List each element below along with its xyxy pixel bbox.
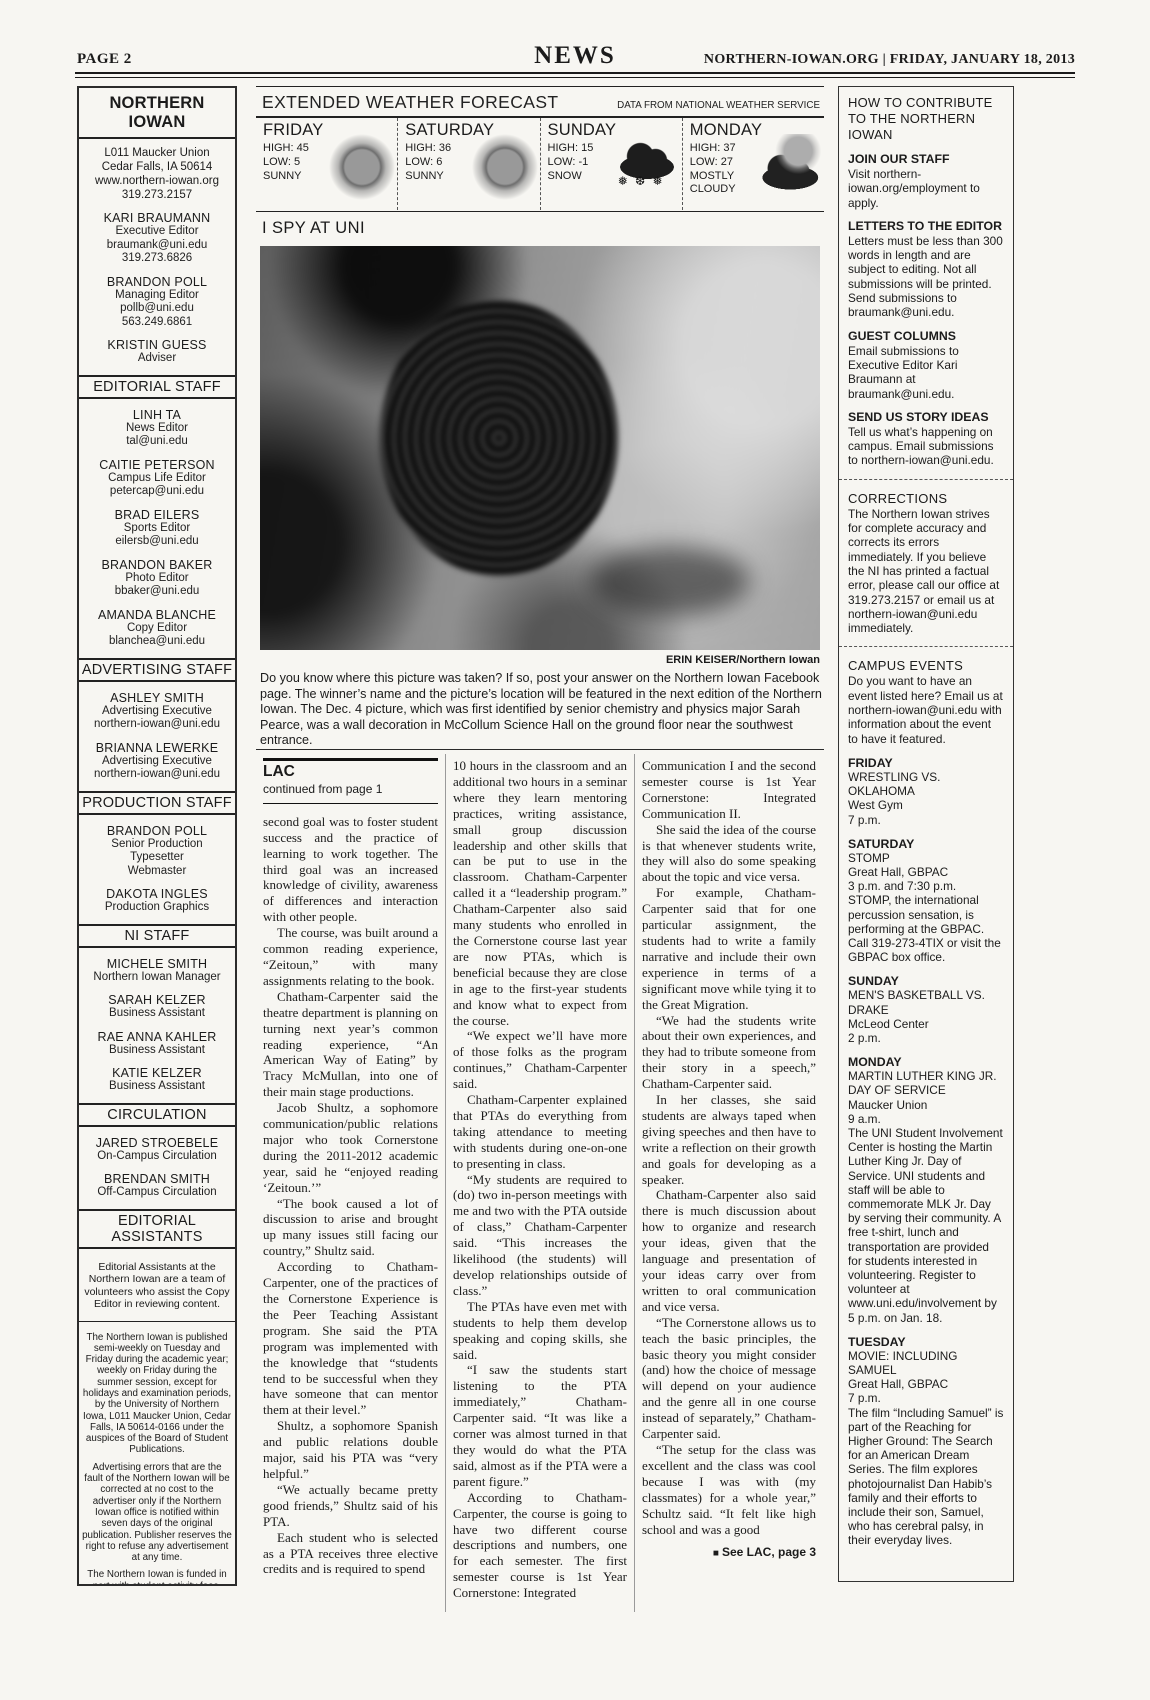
production-people: BRANDON POLL Senior Production Typesette… [79,824,235,915]
weather-high: HIGH: 37 [690,142,762,156]
article-paragraph: “My students are required to (do) two in… [453,1172,627,1299]
contribute-block: GUEST COLUMNS Email submissions to Execu… [848,329,1004,401]
weather-day-stats: HIGH: 36 LOW: 6 SUNNY [405,142,477,183]
staff-name: DAKOTA INGLES [81,887,233,901]
contribute-block-header: JOIN OUR STAFF [848,152,1004,167]
event-day: FRIDAY [848,756,1004,770]
staff-role: Northern Iowan Manager [81,971,233,985]
dashed-divider [839,646,1013,647]
article-paragraph: Communication I and the second semester … [642,758,816,822]
masthead-contact: L011 Maucker Union Cedar Falls, IA 50614… [81,146,233,202]
masthead-section-editorial: EDITORIAL STAFF [79,375,235,399]
staff-role: Executive Editor braumank@uni.edu 319.27… [81,225,233,266]
staff-role: News Editor tal@uni.edu [81,422,233,449]
staff-role: Production Graphics [81,901,233,915]
article-paragraph: According to Chatham-Carpenter, the cour… [453,1490,627,1601]
staff-role: Copy Editor blanchea@uni.edu [81,622,233,649]
campus-events-header: CAMPUS EVENTS [848,658,1004,673]
staff-role: Senior Production Typesetter Webmaster [81,838,233,879]
masthead-section-production: PRODUCTION STAFF [79,791,235,815]
staff-member: BRAD EILERS Sports Editor eilersb@uni.ed… [81,508,233,549]
article-paragraph: 10 hours in the classroom and an additio… [453,758,627,1028]
staff-member: KATIE KELZER Business Assistant [81,1066,233,1094]
article-paragraph: She said the idea of the course is that … [642,822,816,886]
campus-event: SATURDAY STOMP Great Hall, GBPAC 3 p.m. … [848,837,1004,965]
staff-name: MICHELE SMITH [81,957,233,971]
staff-role: Advertising Executive northern-iowan@uni… [81,705,233,732]
event-details: MOVIE: INCLUDING SAMUEL Great Hall, GBPA… [848,1349,1004,1548]
article-paragraph: According to Chatham-Carpenter, one of t… [263,1259,438,1418]
contribute-block-body: Visit northern-iowan.org/employment to a… [848,167,1004,210]
weather-day: FRIDAY HIGH: 45 LOW: 5 SUNNY [256,118,397,210]
article-kicker: LAC continued from page 1 [263,758,438,804]
staff-name: CAITIE PETERSON [81,458,233,472]
staff-member: RAE ANNA KAHLER Business Assistant [81,1030,233,1058]
staff-member: JARED STROEBELE On-Campus Circulation [81,1136,233,1164]
article-paragraph: “We actually became pretty good friends,… [263,1482,438,1530]
staff-member: MICHELE SMITH Northern Iowan Manager [81,957,233,985]
jump-text: See LAC, page 3 [722,1545,816,1559]
masthead-section-ni-staff: NI STAFF [79,924,235,948]
photo-credit: ERIN KEISER/Northern Iowan [260,654,820,666]
staff-member: BRANDON BAKER Photo Editor bbaker@uni.ed… [81,558,233,599]
newspaper-page: PAGE 2 NEWS NORTHERN-IOWAN.ORG | FRIDAY,… [0,0,1150,1700]
staff-name: BRANDON POLL [81,275,233,289]
article-paragraph: Chatham-Carpenter said the theatre depar… [263,989,438,1100]
article-paragraph: second goal was to foster student succes… [263,814,438,925]
weather-days: FRIDAY HIGH: 45 LOW: 5 SUNNY SATURDAY HI… [256,118,824,210]
corrections-header: CORRECTIONS [848,491,1004,506]
article-paragraph: For example, Chatham-Carpenter said that… [642,885,816,1012]
campus-events-intro: Do you want to have an event listed here… [848,674,1004,745]
weather-source: DATA FROM NATIONAL WEATHER SERVICE [617,100,820,111]
weather-condition: SNOW [548,170,620,184]
staff-role: Business Assistant [81,1007,233,1021]
ispy-heading: I SPY AT UNI [262,219,365,238]
staff-name: BRANDON BAKER [81,558,233,572]
column-2-paragraphs: 10 hours in the classroom and an additio… [453,758,627,1601]
weather-day-stats: HIGH: 15 LOW: -1 SNOW [548,142,620,183]
staff-role: Business Assistant [81,1080,233,1094]
campus-event: MONDAY MARTIN LUTHER KING JR. DAY OF SER… [848,1055,1004,1325]
section-title: NEWS [534,42,616,70]
campus-event: TUESDAY MOVIE: INCLUDING SAMUEL Great Ha… [848,1335,1004,1548]
masthead-section-editorial-assistants: EDITORIAL ASSISTANTS [79,1209,235,1249]
event-details: WRESTLING VS. OKLAHOMA West Gym 7 p.m. [848,770,1004,827]
article-paragraph: The PTAs have even met with students to … [453,1299,627,1363]
jump-line: ■See LAC, page 3 [642,1545,816,1562]
legal-paragraph: The Northern Iowan is published semi-wee… [82,1332,232,1456]
staff-role: Photo Editor bbaker@uni.edu [81,572,233,599]
article-divider [256,749,824,750]
article-paragraph: In her classes, she said students are al… [642,1092,816,1187]
weather-icon [329,134,395,200]
article-paragraph: “I saw the students start listening to t… [453,1362,627,1489]
staff-member: KARI BRAUMANN Executive Editor braumank@… [81,211,233,266]
lac-article: LAC continued from page 1 second goal wa… [256,754,824,1612]
contribute-block-header: LETTERS TO THE EDITOR [848,219,1004,234]
weather-high: HIGH: 15 [548,142,620,156]
contribute-block: LETTERS TO THE EDITOR Letters must be le… [848,219,1004,320]
contribute-block-body: Email submissions to Executive Editor Ka… [848,344,1004,401]
article-column-3: Communication I and the second semester … [634,754,823,1612]
event-details: MARTIN LUTHER KING JR. DAY OF SERVICE Ma… [848,1069,1004,1325]
staff-role: Campus Life Editor petercap@uni.edu [81,472,233,499]
editorial-assistants-note: Editorial Assistants at the Northern Iow… [83,1261,231,1311]
staff-role: Sports Editor eilersb@uni.edu [81,522,233,549]
site-and-date: NORTHERN-IOWAN.ORG | FRIDAY, JANUARY 18,… [704,52,1075,68]
contribute-block: SEND US STORY IDEAS Tell us what’s happe… [848,410,1004,468]
staff-member: DAKOTA INGLES Production Graphics [81,887,233,915]
weather-day-stats: HIGH: 37 LOW: 27 MOSTLY CLOUDY [690,142,762,197]
staff-name: AMANDA BLANCHE [81,608,233,622]
contribute-block: JOIN OUR STAFF Visit northern-iowan.org/… [848,152,1004,210]
ispy-photo [260,246,820,650]
dashed-divider [839,479,1013,480]
article-paragraph: “We expect we’ll have more of those folk… [453,1028,627,1092]
weather-icon [756,134,822,200]
photo-caption: Do you know where this picture was taken… [260,671,823,749]
weather-forecast: EXTENDED WEATHER FORECAST DATA FROM NATI… [256,86,824,212]
staff-role: Adviser [81,352,233,366]
column-1-paragraphs: second goal was to foster student succes… [263,814,438,1578]
article-paragraph: “The book caused a lot of discussion to … [263,1196,438,1260]
staff-member: BRENDAN SMITH Off-Campus Circulation [81,1172,233,1200]
staff-name: BRENDAN SMITH [81,1172,233,1186]
advertising-people: ASHLEY SMITH Advertising Executive north… [79,691,235,782]
article-paragraph: Shultz, a sophomore Spanish and public r… [263,1418,438,1482]
staff-member: BRANDON POLL Senior Production Typesette… [81,824,233,879]
corrections-body: The Northern Iowan strives for complete … [848,507,1004,636]
weather-condition: MOSTLY CLOUDY [690,170,762,198]
weather-condition: SUNNY [405,170,477,184]
staff-member: BRIANNA LEWERKE Advertising Executive no… [81,741,233,782]
weather-day: MONDAY HIGH: 37 LOW: 27 MOSTLY CLOUDY [682,118,824,210]
article-paragraph: “The Cornerstone allows us to teach the … [642,1315,816,1442]
staff-role: Advertising Executive northern-iowan@uni… [81,755,233,782]
masthead-top-people: KARI BRAUMANN Executive Editor braumank@… [79,211,235,366]
staff-member: LINH TA News Editor tal@uni.edu [81,408,233,449]
weather-day: SATURDAY HIGH: 36 LOW: 6 SUNNY [397,118,539,210]
staff-member: ASHLEY SMITH Advertising Executive north… [81,691,233,732]
event-day: SATURDAY [848,837,1004,851]
campus-event: SUNDAY MEN'S BASKETBALL VS. DRAKE McLeod… [848,974,1004,1045]
event-day: SUNDAY [848,974,1004,988]
staff-member: CAITIE PETERSON Campus Life Editor peter… [81,458,233,499]
column-3-paragraphs: Communication I and the second semester … [642,758,816,1537]
campus-events-list: FRIDAY WRESTLING VS. OKLAHOMA West Gym 7… [848,756,1004,1548]
masthead-section-circulation: CIRCULATION [79,1103,235,1127]
weather-icon [472,134,538,200]
publication-legal: The Northern Iowan is published semi-wee… [79,1321,235,1587]
staff-name: ASHLEY SMITH [81,691,233,705]
staff-name: KARI BRAUMANN [81,211,233,225]
article-column-2: 10 hours in the classroom and an additio… [445,754,634,1612]
event-day: TUESDAY [848,1335,1004,1349]
masthead-title: NORTHERN IOWAN [79,88,235,139]
event-details: MEN'S BASKETBALL VS. DRAKE McLeod Center… [848,988,1004,1045]
article-paragraph: The course, was built around a common re… [263,925,438,989]
article-paragraph: “We had the students write about their o… [642,1013,816,1093]
staff-name: BRIANNA LEWERKE [81,741,233,755]
event-details: STOMP Great Hall, GBPAC 3 p.m. and 7:30 … [848,851,1004,965]
staff-member: KRISTIN GUESS Adviser [81,338,233,366]
staff-name: KATIE KELZER [81,1066,233,1080]
event-day: MONDAY [848,1055,1004,1069]
ni-staff-people: MICHELE SMITH Northern Iowan Manager SAR… [79,957,235,1094]
staff-member: BRANDON POLL Managing Editor pollb@uni.e… [81,275,233,330]
weather-low: LOW: 6 [405,156,477,170]
contribute-blocks: JOIN OUR STAFF Visit northern-iowan.org/… [848,152,1004,468]
ispy-photo-coil [380,300,618,576]
article-kicker-title: LAC [263,764,438,780]
staff-name: JARED STROEBELE [81,1136,233,1150]
staff-name: BRAD EILERS [81,508,233,522]
staff-name: BRANDON POLL [81,824,233,838]
staff-name: LINH TA [81,408,233,422]
info-sidebar: HOW TO CONTRIBUTE TO THE NORTHERN IOWAN … [838,86,1014,1582]
article-paragraph: “The setup for the class was excellent a… [642,1442,816,1537]
staff-role: Business Assistant [81,1044,233,1058]
circulation-people: JARED STROEBELE On-Campus Circulation BR… [79,1136,235,1200]
page-header: PAGE 2 NEWS NORTHERN-IOWAN.ORG | FRIDAY,… [75,42,1075,68]
article-paragraph: Each student who is selected as a PTA re… [263,1530,438,1578]
masthead-sidebar: NORTHERN IOWAN L011 Maucker Union Cedar … [77,86,237,1586]
legal-paragraph: Advertising errors that are the fault of… [82,1462,232,1564]
masthead-section-advertising: ADVERTISING STAFF [79,658,235,682]
article-paragraph: Jacob Shultz, a sophomore communication/… [263,1100,438,1195]
weather-low: LOW: 5 [263,156,335,170]
weather-icon [614,134,680,200]
weather-header: EXTENDED WEATHER FORECAST DATA FROM NATI… [256,87,824,118]
staff-name: KRISTIN GUESS [81,338,233,352]
legal-paragraph: The Northern Iowan is funded in part wit… [82,1569,232,1586]
contribute-block-body: Letters must be less than 300 words in l… [848,234,1004,320]
article-continued-note: continued from page 1 [263,782,438,798]
editorial-people: LINH TA News Editor tal@uni.edu CAITIE P… [79,408,235,649]
contribute-block-header: SEND US STORY IDEAS [848,410,1004,425]
weather-high: HIGH: 45 [263,142,335,156]
weather-day: SUNDAY HIGH: 15 LOW: -1 SNOW [540,118,682,210]
weather-condition: SUNNY [263,170,335,184]
article-paragraph: Chatham-Carpenter explained that PTAs do… [453,1092,627,1172]
article-column-1: LAC continued from page 1 second goal wa… [256,754,445,1612]
header-rule [75,72,1075,78]
staff-role: Managing Editor pollb@uni.edu 563.249.68… [81,289,233,330]
staff-member: SARAH KELZER Business Assistant [81,993,233,1021]
weather-title: EXTENDED WEATHER FORECAST [262,92,559,113]
staff-role: Off-Campus Circulation [81,1186,233,1200]
staff-name: RAE ANNA KAHLER [81,1030,233,1044]
staff-member: AMANDA BLANCHE Copy Editor blanchea@uni.… [81,608,233,649]
weather-low: LOW: -1 [548,156,620,170]
staff-name: SARAH KELZER [81,993,233,1007]
page-number: PAGE 2 [77,51,132,68]
contribute-block-header: GUEST COLUMNS [848,329,1004,344]
weather-day-stats: HIGH: 45 LOW: 5 SUNNY [263,142,335,183]
staff-role: On-Campus Circulation [81,1150,233,1164]
weather-high: HIGH: 36 [405,142,477,156]
contribute-title: HOW TO CONTRIBUTE TO THE NORTHERN IOWAN [848,95,1004,143]
contribute-block-body: Tell us what’s happening on campus. Emai… [848,425,1004,468]
weather-low: LOW: 27 [690,156,762,170]
jump-square-icon: ■ [713,1548,719,1559]
ispy-photo-shadow [590,546,750,616]
article-paragraph: Chatham-Carpenter also said there is muc… [642,1187,816,1314]
campus-event: FRIDAY WRESTLING VS. OKLAHOMA West Gym 7… [848,756,1004,827]
